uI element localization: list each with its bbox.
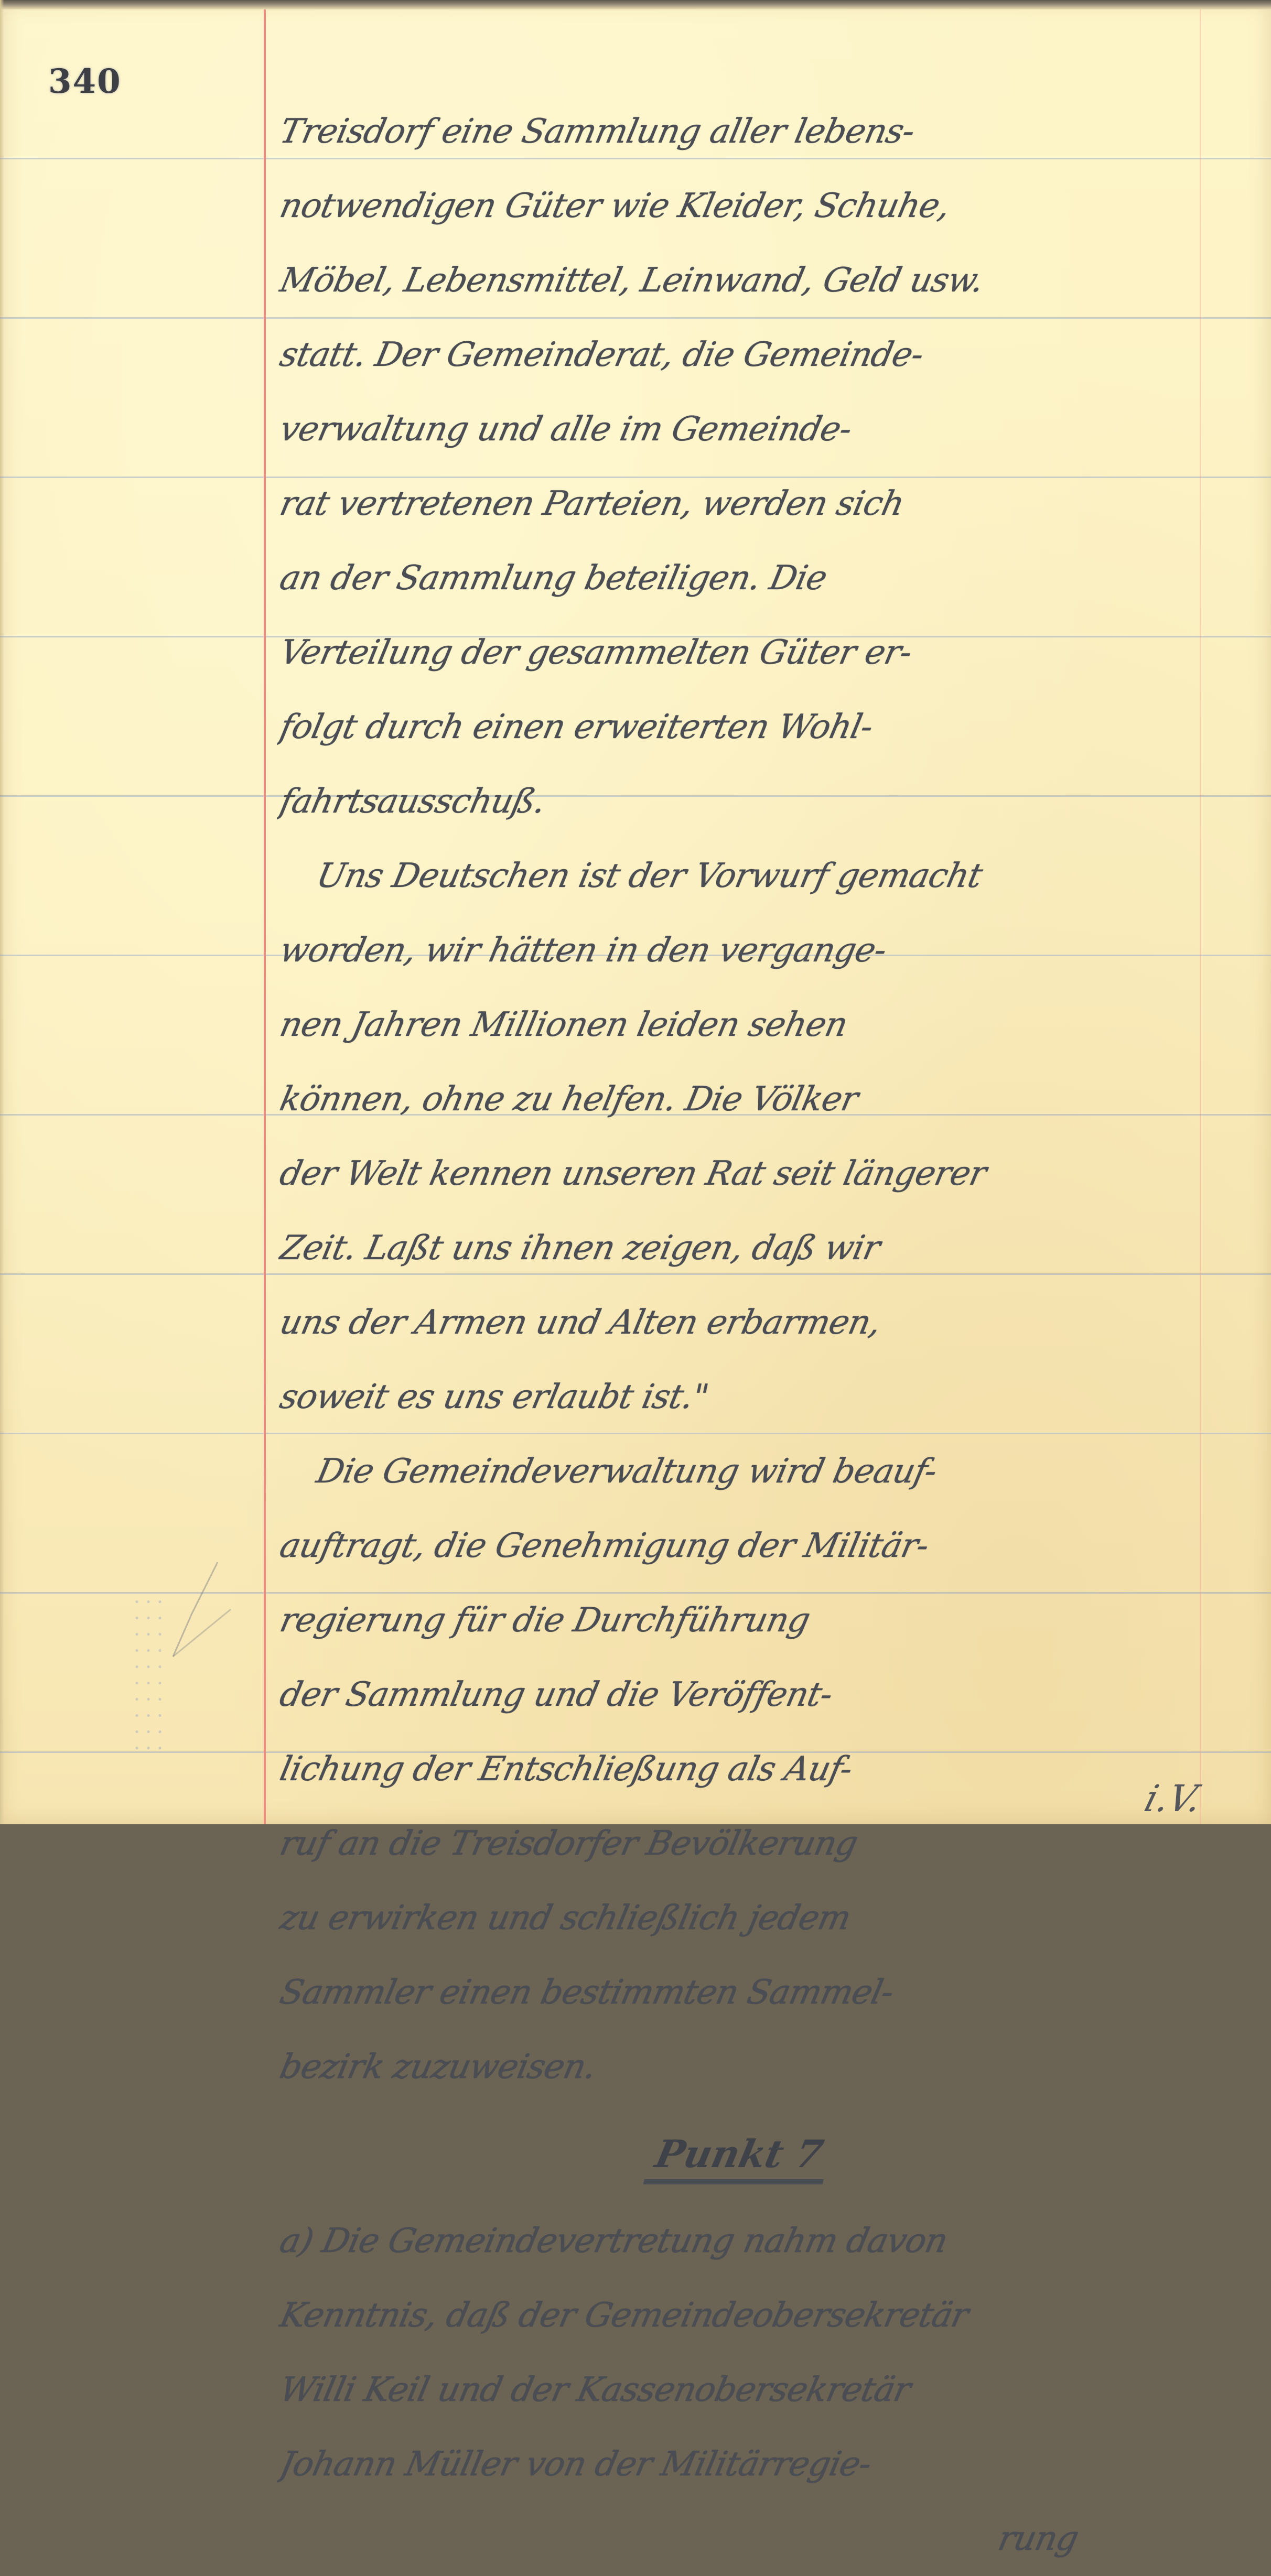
text-line: können, ohne zu helfen. Die Völker (273, 1062, 1222, 1137)
text-line: ruf an die Treisdorfer Bevölkerung (273, 1806, 1222, 1824)
ink-specks (131, 1594, 163, 1751)
text-line: lichung der Entschließung als Auf- (273, 1732, 1222, 1806)
pencil-checkmark-icon (168, 1552, 236, 1667)
text-line: Möbel, Lebensmittel, Leinwand, Geld usw. (273, 243, 1222, 318)
text-line: Zeit. Laßt uns ihnen zeigen, daß wir (273, 1211, 1222, 1285)
text-line: uns der Armen und Alten erbarmen, (273, 1285, 1222, 1360)
text-line: notwendigen Güter wie Kleider, Schuhe, (273, 169, 1222, 243)
text-line: Verteilung der gesammelten Güter er- (273, 615, 1222, 690)
signature-mark: i.V. (1140, 1777, 1207, 1820)
handwritten-body: Treisdorf eine Sammlung aller lebens- no… (273, 94, 1206, 1824)
paragraph-collection-announcement: Treisdorf eine Sammlung aller lebens- no… (273, 94, 1206, 839)
text-line: Die Gemeindeverwaltung wird beauf- (273, 1434, 1222, 1509)
text-line: Uns Deutschen ist der Vorwurf gemacht (273, 839, 1222, 913)
text-line: worden, wir hätten in den vergange- (273, 913, 1222, 988)
text-line: folgt durch einen erweiterten Wohl- (273, 690, 1222, 764)
paragraph-appeal: Uns Deutschen ist der Vorwurf gemacht wo… (273, 839, 1206, 1434)
text-line: verwaltung und alle im Gemeinde- (273, 392, 1222, 467)
text-line: fahrtsausschuß. (273, 764, 1222, 839)
text-line: der Welt kennen unseren Rat seit längere… (273, 1137, 1222, 1211)
text-line: an der Sammlung beteiligen. Die (273, 541, 1222, 615)
text-line: der Sammlung und die Veröffent- (273, 1658, 1222, 1732)
text-line: regierung für die Durchführung (273, 1583, 1222, 1658)
text-line: auftragt, die Genehmigung der Militär- (273, 1509, 1222, 1583)
red-margin-rule (264, 9, 266, 1824)
text-line: statt. Der Gemeinderat, die Gemeinde- (273, 318, 1222, 392)
document-page: 340 Treisdorf eine Sammlung aller lebens… (0, 0, 1271, 1824)
text-line: rat vertretenen Parteien, werden sich (273, 467, 1222, 541)
text-line: nen Jahren Millionen leiden sehen (273, 988, 1222, 1062)
page-number: 340 (48, 62, 122, 101)
paragraph-administration-mandate: Die Gemeindeverwaltung wird beauf- auftr… (273, 1434, 1206, 1824)
text-line: soweit es uns erlaubt ist." (273, 1360, 1222, 1434)
text-line: Treisdorf eine Sammlung aller lebens- (273, 94, 1222, 169)
